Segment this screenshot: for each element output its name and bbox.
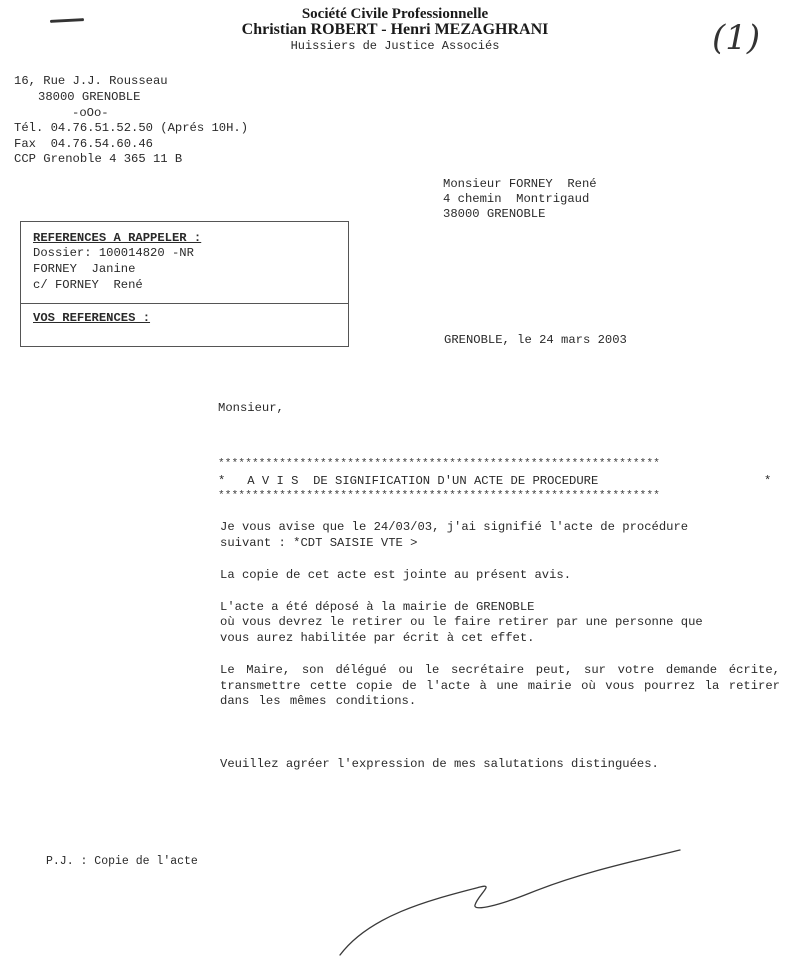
references-title: REFERENCES A RAPPELER : (33, 231, 201, 247)
recipient-city: 38000 GRENOBLE (443, 207, 545, 223)
references-box: REFERENCES A RAPPELER : Dossier: 1000148… (20, 221, 349, 347)
enclosure: P.J. : Copie de l'acte (46, 854, 198, 870)
firm-partners: Christian ROBERT - Henri MEZAGHRANI (0, 21, 790, 39)
references-party2: c/ FORNEY René (33, 278, 143, 294)
sender-fax: Fax 04.76.54.60.46 (14, 137, 153, 153)
body-p4: Le Maire, son délégué ou le secrétaire p… (220, 663, 780, 710)
body-p3-line3: vous aurez habilitée par écrit à cet eff… (220, 631, 535, 647)
closing: Veuillez agréer l'expression de mes salu… (220, 757, 659, 773)
body-p2: La copie de cet acte est jointe au prése… (220, 568, 571, 584)
body-p1-line2: suivant : *CDT SAISIE VTE > (220, 536, 417, 552)
sender-phone: Tél. 04.76.51.52.50 (Aprés 10H.) (14, 121, 248, 137)
firm-profession: Huissiers de Justice Associés (0, 39, 790, 53)
body-p1-line1: Je vous avise que le 24/03/03, j'ai sign… (220, 520, 688, 536)
sender-ccp: CCP Grenoble 4 365 11 B (14, 152, 182, 168)
notice-stars-bottom: ****************************************… (218, 490, 660, 502)
vos-references-label: VOS REFERENCES : (33, 311, 150, 327)
notice-title: * A V I S DE SIGNIFICATION D'UN ACTE DE … (218, 474, 598, 490)
references-dossier: Dossier: 100014820 -NR (33, 246, 194, 262)
notice-stars-top: ****************************************… (218, 458, 660, 470)
handwritten-page-number: (1) (712, 18, 760, 58)
salutation: Monsieur, (218, 401, 284, 417)
sender-street: 16, Rue J.J. Rousseau (14, 74, 168, 90)
sender-city: 38000 GRENOBLE (38, 90, 140, 106)
body-p3-line1: L'acte a été déposé à la mairie de GRENO… (220, 600, 535, 616)
date-line: GRENOBLE, le 24 mars 2003 (444, 333, 627, 349)
recipient-street: 4 chemin Montrigaud (443, 192, 589, 208)
body-p3-line2: où vous devrez le retirer ou le faire re… (220, 615, 703, 631)
references-party1: FORNEY Janine (33, 262, 135, 278)
recipient-name: Monsieur FORNEY René (443, 177, 597, 193)
references-divider (21, 303, 348, 304)
notice-title-end-star: * (764, 474, 771, 490)
sender-separator: -oOo- (72, 106, 109, 122)
